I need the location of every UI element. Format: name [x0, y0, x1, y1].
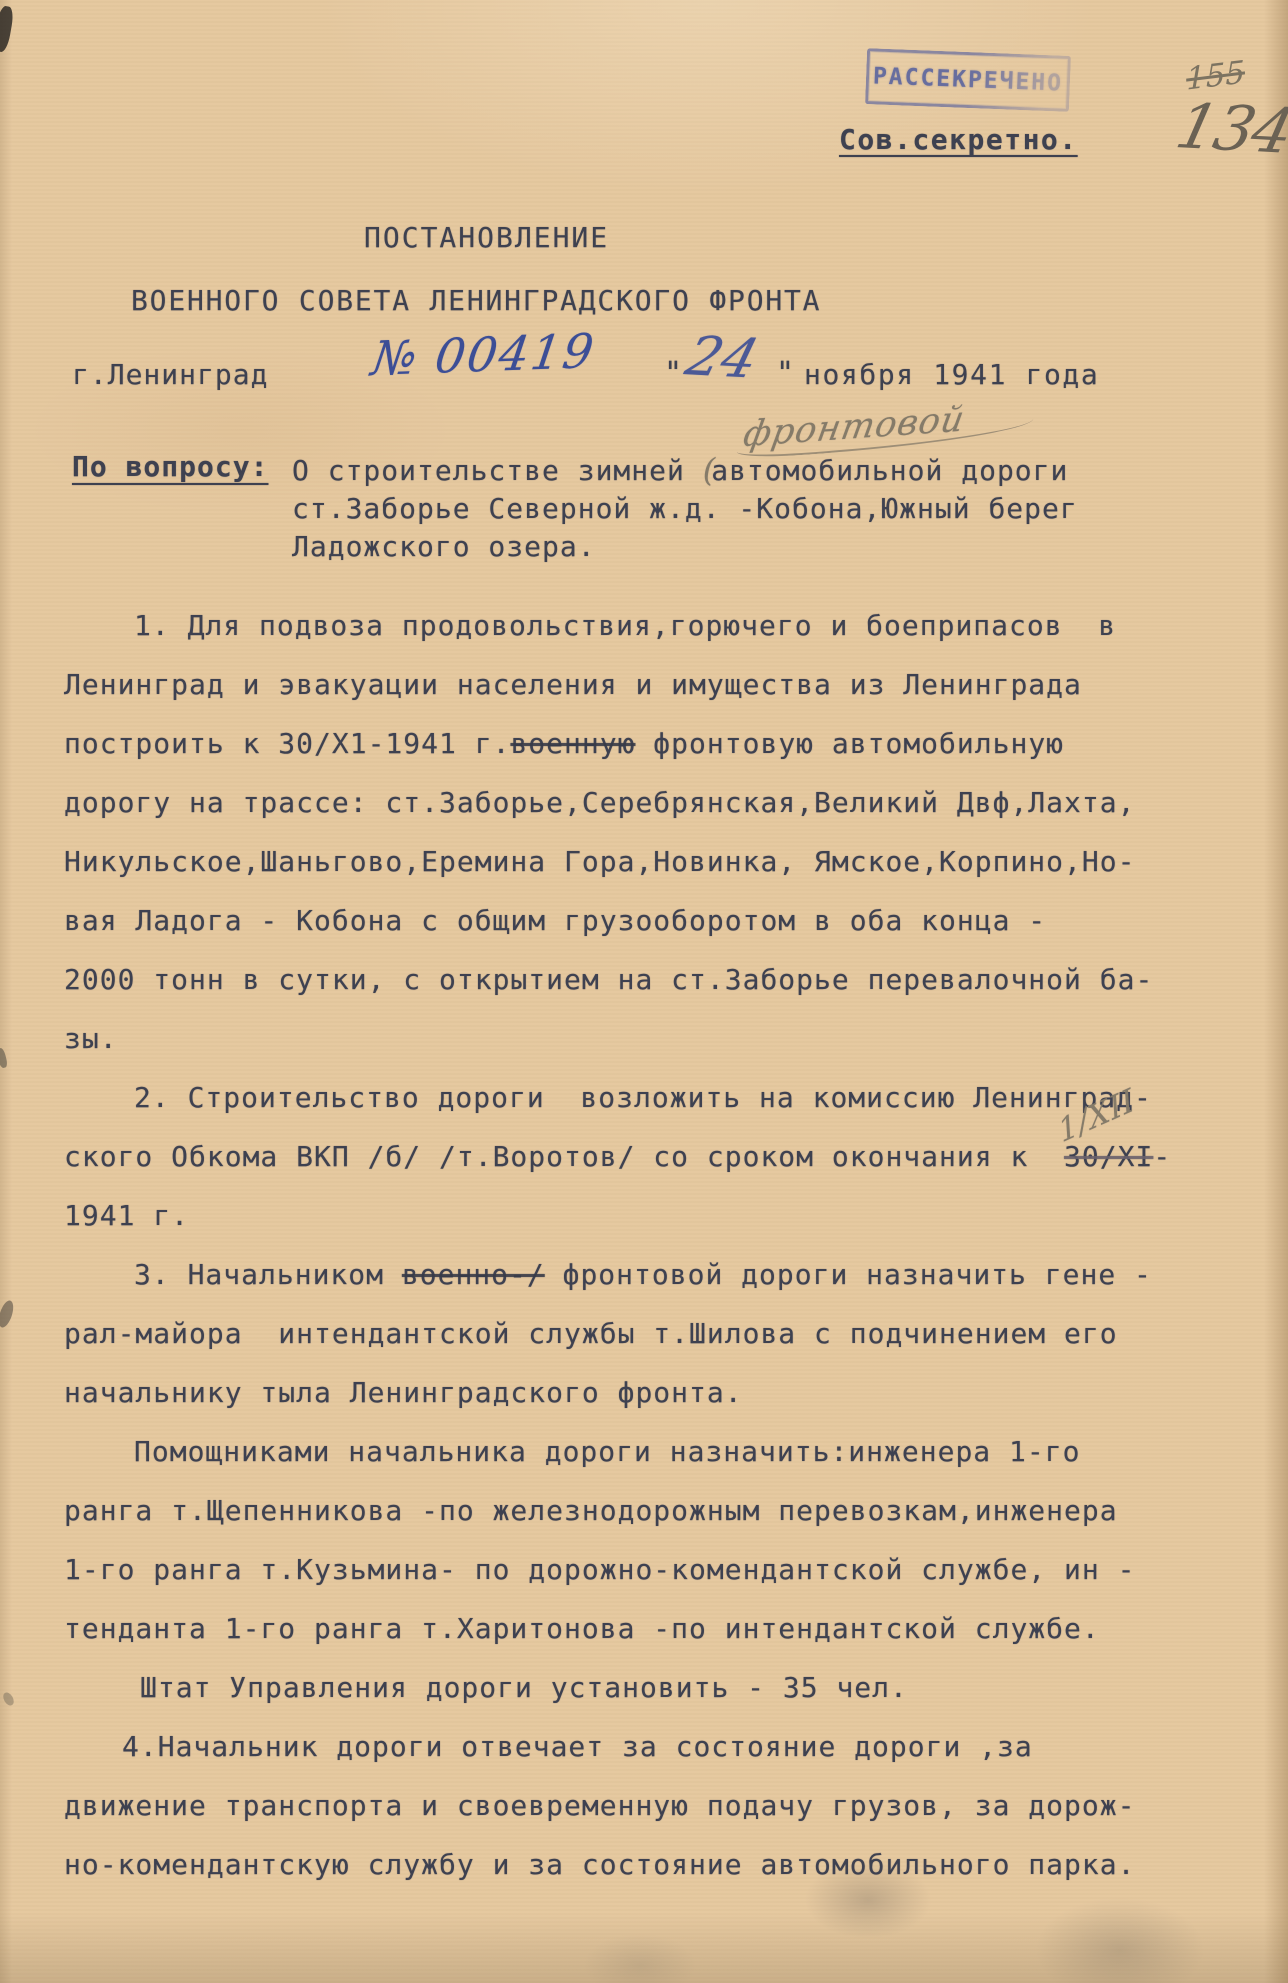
subject-text: автомобильной [711, 454, 943, 487]
scan-edge-mark [0, 1047, 8, 1068]
body-line: но-комендантскую службу и за состояние а… [64, 1835, 1171, 1894]
subject-block: О строительстве зимней (автомобильнойфро… [292, 450, 1078, 566]
body-line: тенданта 1-го ранга т.Харитонова -по инт… [64, 1599, 1171, 1658]
body-line: 1-го ранга т.Кузьмина- по дорожно-коменд… [64, 1540, 1171, 1599]
body-line: рал-майора интендантской службы т.Шилова… [64, 1304, 1171, 1363]
body-line: зы. [64, 1009, 1171, 1068]
body-text: - [1153, 1140, 1171, 1173]
date-quote-close: " [776, 356, 794, 391]
document-page: РАССЕКРЕЧЕНО 155 134 Сов.секретно. ПОСТА… [0, 0, 1288, 1983]
document-body: 1. Для подвоза продовольствия,горючего и… [64, 596, 1171, 1894]
body-line: Ленинград и эвакуации населения и имущес… [64, 655, 1171, 714]
body-line: Помощниками начальника дороги назначить:… [64, 1422, 1171, 1481]
page-number-handwritten: 134 [1170, 89, 1288, 167]
struck-word: военно-/ [402, 1258, 545, 1291]
body-line: Никульское,Шаньгово,Еремина Гора,Новинка… [64, 832, 1171, 891]
document-number-handwritten: № 00419 [368, 324, 599, 387]
subject-text: дороги [943, 454, 1068, 487]
body-line: 4.Начальник дороги отвечает за состояние… [64, 1717, 1171, 1776]
body-line: начальнику тыла Ленинградского фронта. [64, 1363, 1171, 1422]
pencil-annotation-frontovoy: фронтовой [736, 395, 1038, 459]
classification-label: Сов.секретно. [839, 123, 1078, 156]
pencil-tick-mark [1, 1691, 16, 1708]
scan-edge-mark [0, 5, 15, 53]
scan-edge-mark [0, 1299, 16, 1329]
body-line: ранга т.Щепенникова -по железнодорожным … [64, 1481, 1171, 1540]
subject-annotated-word: автомобильнойфронтовой [711, 452, 943, 490]
body-line: вая Ладога - Кобона с общим грузооборото… [64, 891, 1171, 950]
place-label: г.Ленинград [72, 358, 268, 391]
body-line: ского Обкома ВКП /б/ /т.Воротов/ со срок… [64, 1127, 1171, 1186]
subject-line: О строительстве зимней (автомобильнойфро… [292, 450, 1078, 490]
struck-word: военную [510, 727, 635, 760]
declassified-stamp-text: РАССЕКРЕЧЕНО [872, 63, 1063, 96]
subject-line: ст.Заборье Северной ж.д. -Кобона,Южный б… [292, 490, 1078, 528]
body-line: 2. Строительство дороги возложить на ком… [64, 1068, 1171, 1127]
declassified-stamp: РАССЕКРЕЧЕНО [865, 48, 1071, 112]
body-line: 3. Начальником военно-/ фронтовой дороги… [64, 1245, 1171, 1304]
body-line: 1. Для подвоза продовольствия,горючего и… [64, 596, 1171, 655]
body-text: 3. Начальником [134, 1258, 402, 1291]
subject-line: Ладожского озера. [292, 528, 1078, 566]
document-subtitle: ВОЕННОГО СОВЕТА ЛЕНИНГРАДСКОГО ФРОНТА [131, 284, 821, 317]
body-text: фронтовую автомобильную [635, 727, 1064, 760]
subject-text: О строительстве зимней [292, 454, 703, 487]
body-line: построить к 30/Х1-1941 г.военную фронтов… [64, 714, 1171, 773]
struck-date: 30/ХI1/ХII [1064, 1127, 1153, 1186]
body-line: дорогу на трассе: ст.Заборье,Серебрянска… [64, 773, 1171, 832]
body-line: 1941 г. [64, 1186, 1171, 1245]
body-text: фронтовой дороги назначить гене - [545, 1258, 1152, 1291]
document-title: ПОСТАНОВЛЕНИЕ [364, 221, 609, 254]
subject-label: По вопросу: [72, 450, 268, 483]
body-line: движение транспорта и своевременную пода… [64, 1776, 1171, 1835]
date-label: ноября 1941 года [804, 358, 1099, 391]
body-text: построить к 30/Х1-1941 г. [64, 727, 510, 760]
date-day-handwritten: 24 [680, 325, 765, 391]
body-line: 2000 тонн в сутки, с открытием на ст.Заб… [64, 950, 1171, 1009]
body-line: Штат Управления дороги установить - 35 ч… [64, 1658, 1171, 1717]
body-text: ского Обкома ВКП /б/ /т.Воротов/ со срок… [64, 1140, 1064, 1173]
